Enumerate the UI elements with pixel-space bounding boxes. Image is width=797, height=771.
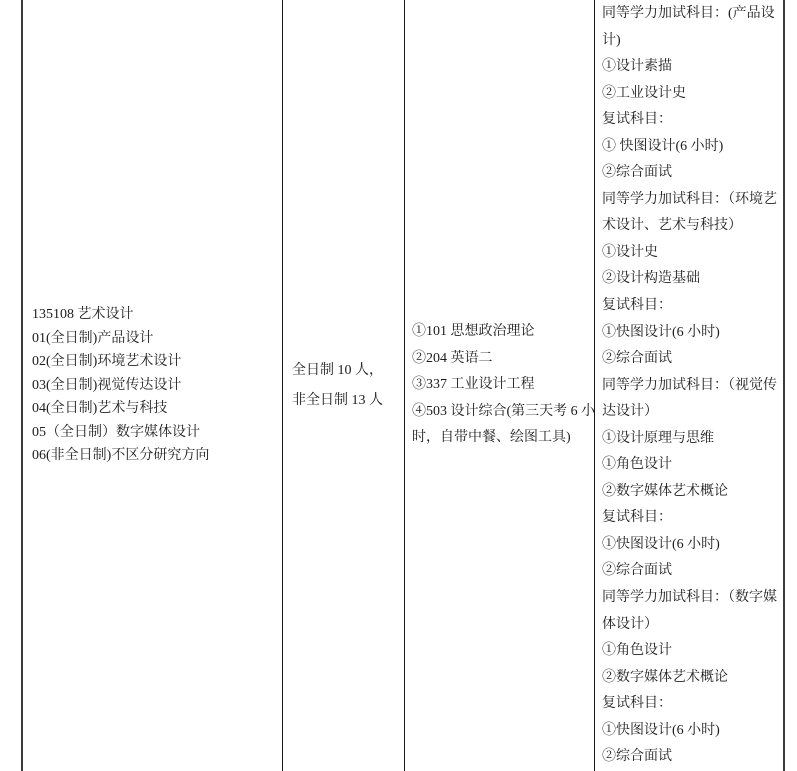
text-line: 术设计、艺术与科技） xyxy=(602,213,780,240)
text-line: 135108 艺术设计 xyxy=(32,303,276,327)
text-line: 02(全日制)环境艺术设计 xyxy=(32,350,276,374)
text-line: ① 快图设计(6 小时) xyxy=(602,134,780,161)
text-line: ②数字媒体艺术概论 xyxy=(602,665,780,692)
initial-exam-subjects-cell: ①101 思想政治理论②204 英语二③337 工业设计工程④503 设计综合(… xyxy=(404,0,594,771)
text-line: 复试科目： xyxy=(602,293,780,320)
text-line: ②综合面试 xyxy=(602,160,780,187)
text-line: 03(全日制)视觉传达设计 xyxy=(32,374,276,398)
enrollment-quota-cell: 全日制 10 人，非全日制 13 人 xyxy=(282,0,404,771)
text-line: ①快图设计(6 小时) xyxy=(602,532,780,559)
text-line: ④503 设计综合(第三天考 6 小 xyxy=(412,399,590,426)
text-line: 达设计） xyxy=(602,399,780,426)
text-line: ②204 英语二 xyxy=(412,346,590,373)
text-line: 复试科目： xyxy=(602,691,780,718)
text-line: 时，自带中餐、绘图工具) xyxy=(412,425,590,452)
text-line: 全日制 10 人， xyxy=(292,356,400,386)
text-line: 06(非全日制)不区分研究方向 xyxy=(32,444,276,468)
text-line: ②综合面试 xyxy=(602,744,780,771)
text-line: ①101 思想政治理论 xyxy=(412,319,590,346)
text-line: 同等学力加试科目：(产品设 xyxy=(602,1,780,28)
text-line: ①角色设计 xyxy=(602,452,780,479)
text-line: 复试科目： xyxy=(602,505,780,532)
text-line: 复试科目： xyxy=(602,107,780,134)
text-line: 05（全日制）数字媒体设计 xyxy=(32,421,276,445)
admissions-table: 135108 艺术设计01(全日制)产品设计02(全日制)环境艺术设计03(全日… xyxy=(21,0,785,771)
text-line: ②综合面试 xyxy=(602,558,780,585)
text-line: ②数字媒体艺术概论 xyxy=(602,479,780,506)
text-line: ②设计构造基础 xyxy=(602,266,780,293)
text-line: ①设计原理与思维 xyxy=(602,426,780,453)
text-line: 同等学力加试科目：（数字媒 xyxy=(602,585,780,612)
text-line: 计) xyxy=(602,28,780,55)
program-directions-cell: 135108 艺术设计01(全日制)产品设计02(全日制)环境艺术设计03(全日… xyxy=(23,0,282,771)
text-line: ①设计史 xyxy=(602,240,780,267)
text-line: ①角色设计 xyxy=(602,638,780,665)
text-line: ②工业设计史 xyxy=(602,81,780,108)
text-line: ①快图设计(6 小时) xyxy=(602,718,780,745)
text-line: 非全日制 13 人 xyxy=(292,386,400,416)
text-line: ①快图设计(6 小时) xyxy=(602,320,780,347)
text-line: ②综合面试 xyxy=(602,346,780,373)
document-page: 135108 艺术设计01(全日制)产品设计02(全日制)环境艺术设计03(全日… xyxy=(0,0,797,771)
text-line: 04(全日制)艺术与科技 xyxy=(32,397,276,421)
text-line: ③337 工业设计工程 xyxy=(412,372,590,399)
text-line: 同等学力加试科目：（环境艺 xyxy=(602,187,780,214)
text-line: 01(全日制)产品设计 xyxy=(32,327,276,351)
text-line: 体设计） xyxy=(602,612,780,639)
text-line: 同等学力加试科目：（视觉传 xyxy=(602,373,780,400)
retest-additional-subjects-cell: 同等学力加试科目：(产品设计)①设计素描②工业设计史复试科目：① 快图设计(6 … xyxy=(594,0,783,771)
text-line: ①设计素描 xyxy=(602,54,780,81)
